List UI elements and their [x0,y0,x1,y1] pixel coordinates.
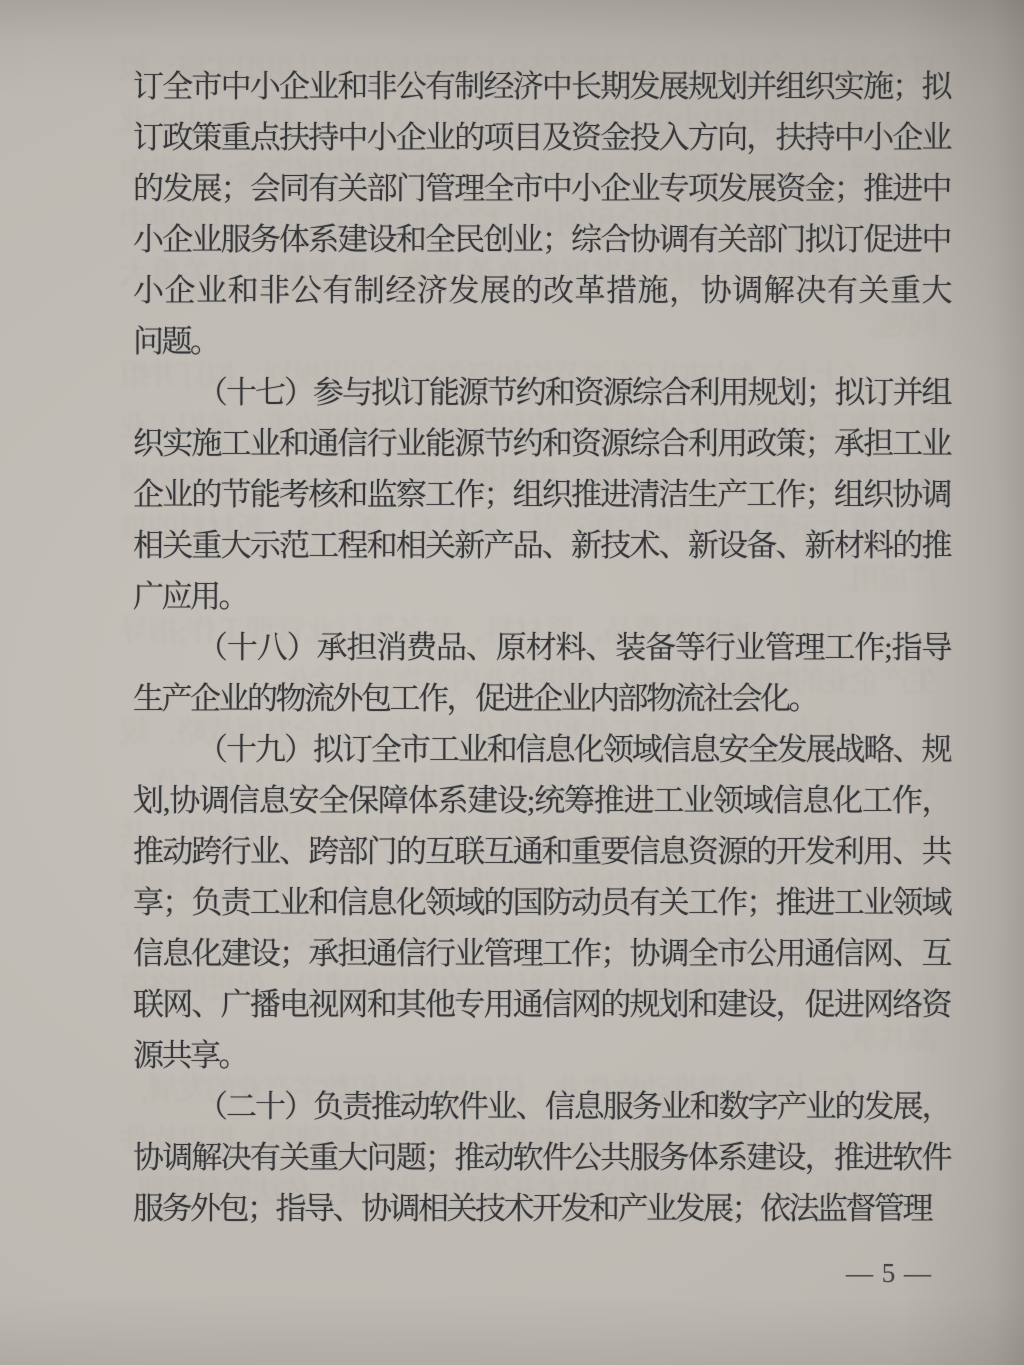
text-line: （二十）负责推动软件业、信息服务业和数字产业的发展， [133,1081,950,1132]
text-line: 织实施工业和通信行业能源节约和资源综合利用政策；承担工业 [133,418,950,469]
document-text: 订全市中小企业和非公有制经济中长期发展规划并组织实施；拟订政策重点扶持中小企业的… [133,61,950,1234]
text-line: 订全市中小企业和非公有制经济中长期发展规划并组织实施；拟 [133,61,950,112]
text-line: 生产企业的物流外包工作，促进企业内部物流社会化。 [133,673,950,724]
text-line: 的发展；会同有关部门管理全市中小企业专项发展资金；推进中 [133,163,950,214]
text-line: 相关重大示范工程和相关新产品、新技术、新设备、新材料的推 [133,520,950,571]
text-line: 订政策重点扶持中小企业的项目及资金投入方向，扶持中小企业 [133,112,950,163]
page-number: — 5 — [846,1256,976,1290]
text-line: （十七）参与拟订能源节约和资源综合利用规划；拟订并组 [133,367,950,418]
text-line: 小企业服务体系建设和全民创业；综合协调有关部门拟订促进中 [133,214,950,265]
document-page: 订全市中小企业和非公有制经济中长期发展规划并组织实施；拟订政策重点扶持中小企业的… [0,0,1024,1365]
text-line: 广应用。 [133,571,950,622]
text-line: （十八）承担消费品、原材料、装备等行业管理工作;指导 [133,622,950,673]
text-line: 企业的节能考核和监察工作；组织推进清洁生产工作；组织协调 [133,469,950,520]
text-line: 协调解决有关重大问题；推动软件公共服务体系建设，推进软件 [133,1132,950,1183]
text-line: 小企业和非公有制经济发展的改革措施，协调解决有关重大 [133,265,950,316]
text-line: 源共享。 [133,1030,950,1081]
text-line: 问题。 [133,316,950,367]
text-line: （十九）拟订全市工业和信息化领域信息安全发展战略、规 [133,724,950,775]
text-line: 信息化建设；承担通信行业管理工作；协调全市公用通信网、互 [133,928,950,979]
text-line: 推动跨行业、跨部门的互联互通和重要信息资源的开发利用、共 [133,826,950,877]
text-line: 联网、广播电视网和其他专用通信网的规划和建设，促进网络资 [133,979,950,1030]
text-line: 服务外包；指导、协调相关技术开发和产业发展；依法监督管理 [133,1183,950,1234]
text-line: 享；负责工业和信息化领域的国防动员有关工作；推进工业领域 [133,877,950,928]
text-line: 划,协调信息安全保障体系建设;统筹推进工业领域信息化工作， [133,775,950,826]
